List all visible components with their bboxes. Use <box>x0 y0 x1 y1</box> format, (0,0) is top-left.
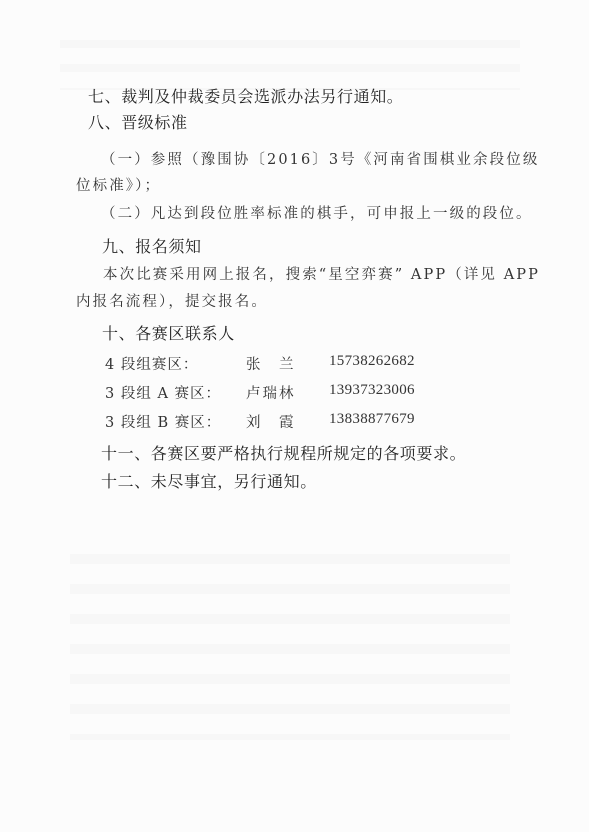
contact-name: 卢瑞林 <box>246 382 296 403</box>
scan-bleed-through <box>70 540 510 740</box>
section-eight-item-1-line-1: （一）参照（豫围协〔2016〕3号《河南省围棋业余段位级 <box>101 150 539 170</box>
contact-region: 3 段组 A 赛区： <box>105 382 221 403</box>
section-eight-item-1-line-2: 位标准》）； <box>76 176 161 196</box>
section-eight-heading: 八、晋级标准 <box>88 113 188 133</box>
section-eight-item-2: （二）凡达到段位胜率标准的棋手，可申报上一级的段位。 <box>101 204 533 224</box>
contact-name: 张 兰 <box>246 353 296 374</box>
section-eleven-heading: 十一、各赛区要严格执行规程所规定的各项要求。 <box>101 444 466 464</box>
section-twelve-heading: 十二、未尽事宜，另行通知。 <box>101 472 317 492</box>
contact-phone: 15738262682 <box>329 353 415 370</box>
section-nine-paragraph-line-2: 内报名流程），提交报名。 <box>76 292 268 312</box>
contact-region: 3 段组 B 赛区： <box>105 411 221 432</box>
scan-bleed-through-top <box>60 30 520 90</box>
contact-name: 刘 霞 <box>246 411 296 432</box>
section-nine-paragraph-line-1: 本次比赛采用网上报名，搜索“星空弈赛” APP（详见 APP <box>103 265 540 285</box>
contact-phone: 13937323006 <box>329 382 415 399</box>
section-nine-heading: 九、报名须知 <box>102 237 202 257</box>
section-seven-heading: 七、裁判及仲裁委员会选派办法另行通知。 <box>88 87 403 107</box>
section-ten-heading: 十、各赛区联系人 <box>102 324 235 344</box>
document-page: 七、裁判及仲裁委员会选派办法另行通知。 八、晋级标准 （一）参照（豫围协〔201… <box>0 0 589 832</box>
contact-phone: 13838877679 <box>329 411 415 428</box>
contact-region: 4 段组赛区： <box>105 353 198 374</box>
